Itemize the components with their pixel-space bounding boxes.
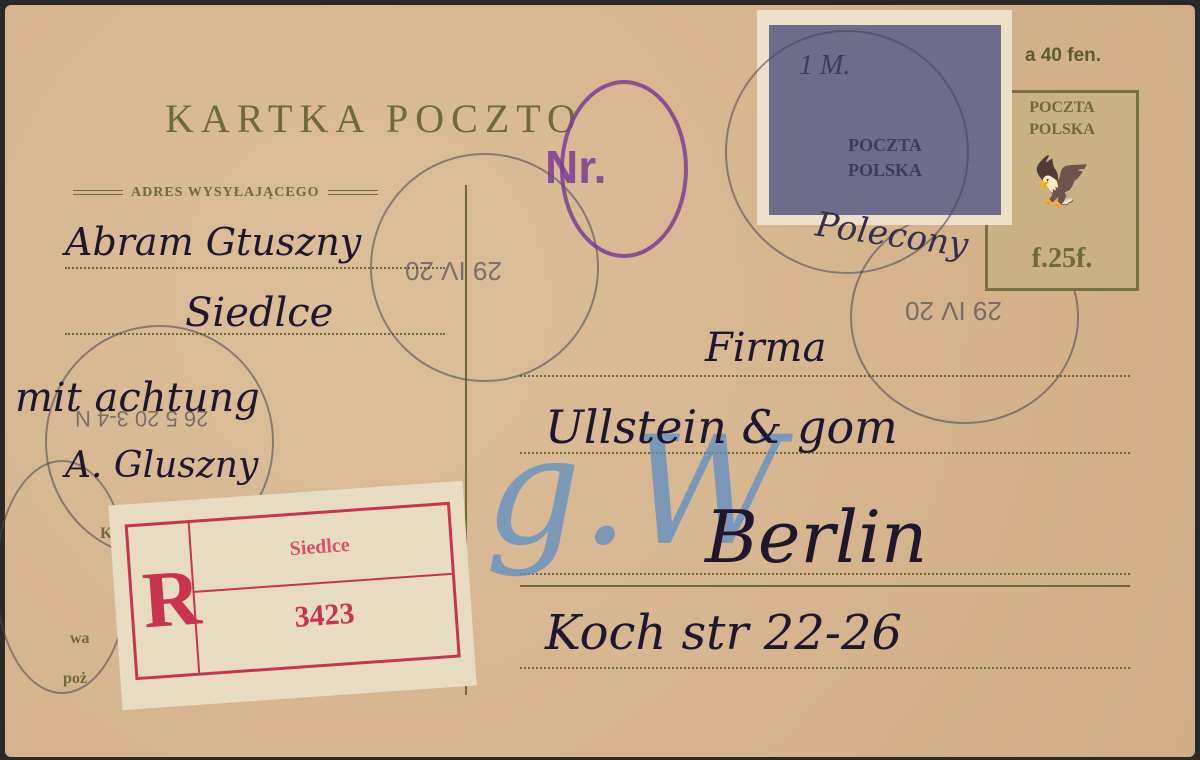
postmark-berlin-2	[0, 460, 129, 694]
double-rule	[73, 190, 123, 195]
recipient-name: Ullstein & gom	[545, 400, 898, 454]
fee-note: a 40 fen.	[1025, 45, 1101, 67]
address-line	[520, 667, 1130, 669]
postcard: KARTKA POCZTO a 40 fen. ADRES WYSYŁAJĄCE…	[5, 5, 1195, 757]
sender-town: Siedlce	[185, 290, 333, 336]
address-rule	[520, 585, 1130, 587]
registration-label: R Siedlce 3423	[108, 481, 476, 710]
purple-cachet-text: Nr.	[545, 140, 606, 194]
sender-signature: A. Gluszny	[65, 445, 258, 486]
postmark-date: 29 IV 20	[905, 295, 1002, 326]
double-rule	[328, 190, 378, 195]
card-title: KARTKA POCZTO	[165, 95, 583, 142]
form-text: poż	[63, 670, 87, 688]
sender-note: mit achtung	[15, 375, 260, 421]
recipient-firm-label: Firma	[705, 325, 826, 371]
sender-heading: ADRES WYSYŁAJĄCEGO	[65, 185, 386, 201]
indicium-value: f.25f.	[988, 243, 1136, 275]
registration-rule	[192, 573, 452, 593]
registration-frame: R Siedlce 3423	[125, 502, 461, 680]
sender-heading-text: ADRES WYSYŁAJĄCEGO	[131, 185, 320, 200]
form-text: wa	[70, 630, 90, 648]
sender-name: Abram Gtuszny	[65, 220, 361, 264]
registration-town: Siedlce	[189, 527, 450, 568]
recipient-city: Berlin	[705, 495, 927, 579]
postmark-date: 29 IV 20	[405, 255, 502, 286]
recipient-street: Koch str 22-26	[545, 605, 902, 661]
registration-number: 3423	[194, 590, 456, 642]
